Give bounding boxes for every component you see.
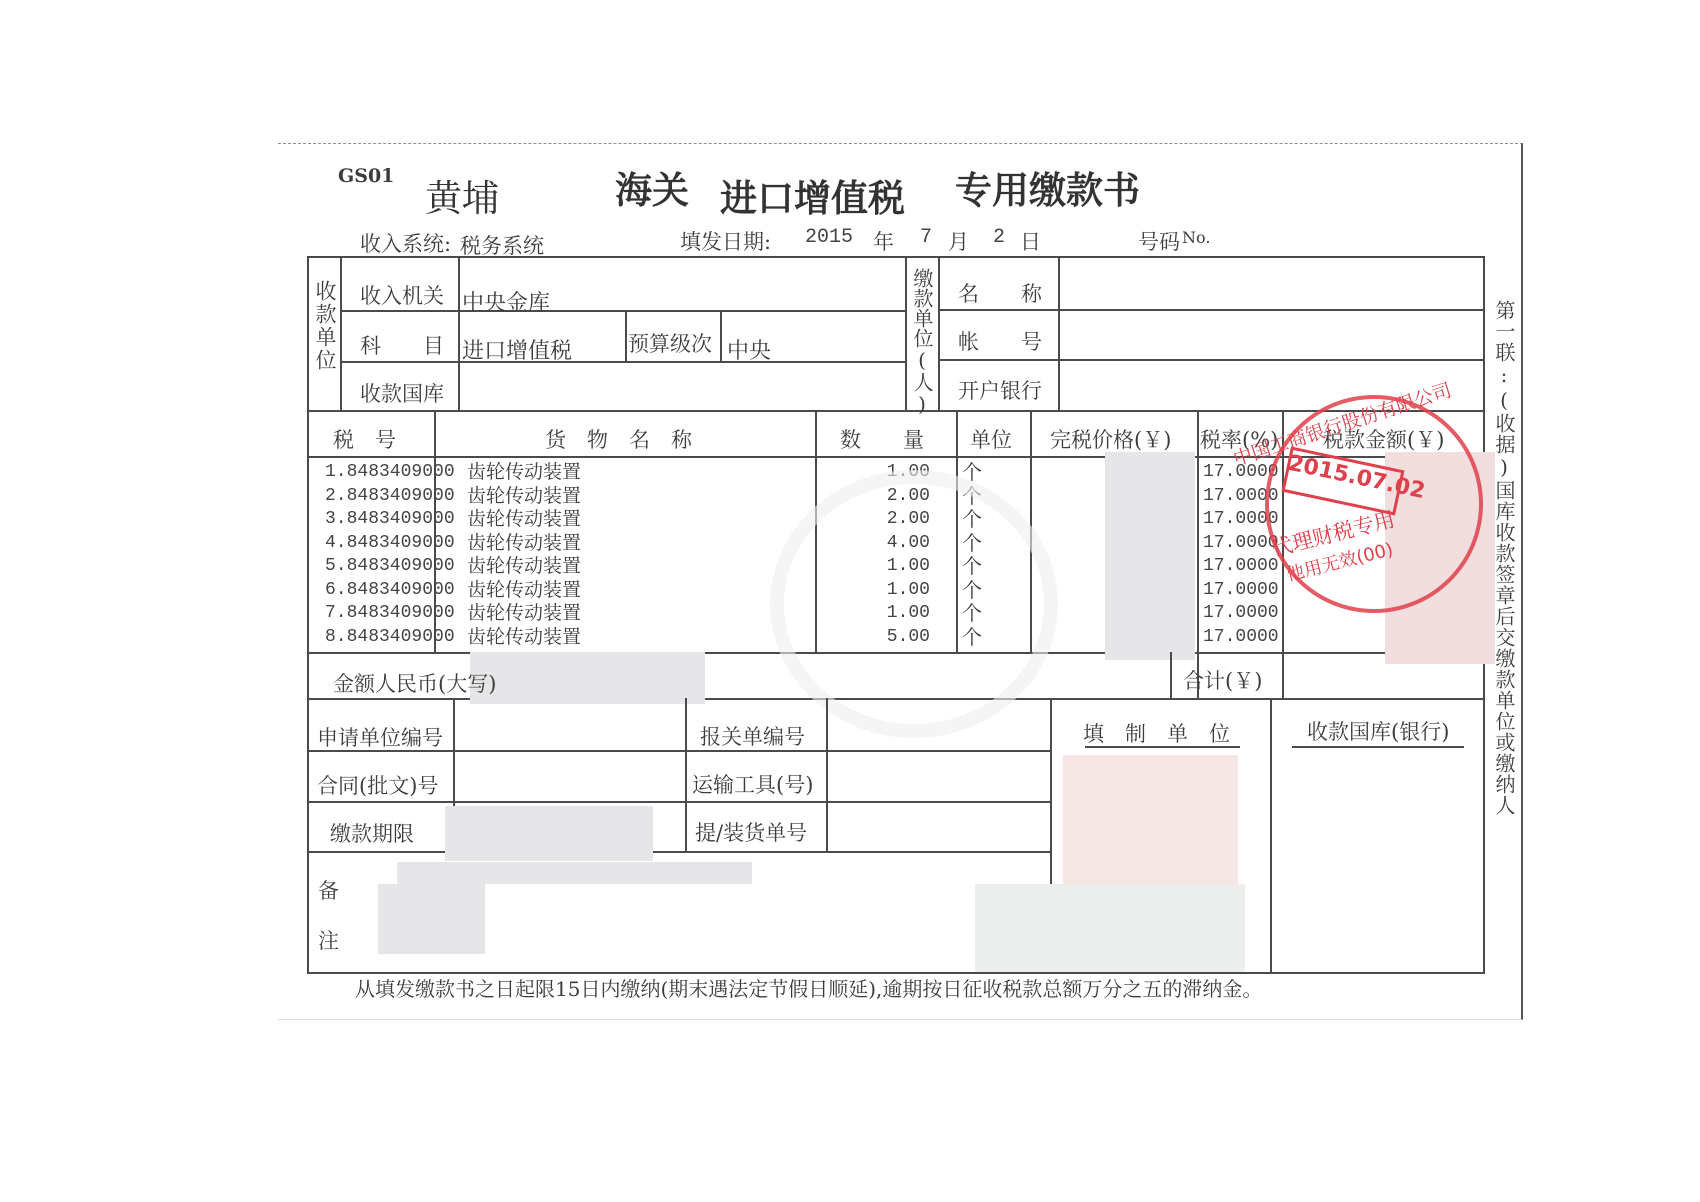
treasury-bank-label: 收款国库(银行) (1307, 716, 1449, 746)
divider (720, 310, 722, 361)
table-cell: 17.0000 (1203, 579, 1279, 603)
table-cell: 3.8483409000 (325, 508, 455, 532)
goods-name-column: 齿轮传动装置 齿轮传动装置 齿轮传动装置 齿轮传动装置 齿轮传动装置 齿轮传动装… (467, 461, 581, 649)
payer-account-label: 帐 号 (958, 326, 1042, 356)
table-border-left (307, 256, 309, 974)
income-system-label: 收入系统: (360, 228, 451, 258)
table-cell: 1.8483409000 (325, 461, 455, 485)
redacted-amount-in-words (470, 652, 705, 704)
table-cell: 4.8483409000 (325, 532, 455, 556)
divider (905, 256, 907, 411)
issue-month: 7 (920, 226, 932, 249)
divider (1270, 698, 1272, 974)
redacted-payment-deadline (445, 806, 653, 861)
header-unit: 单位 (970, 424, 1012, 454)
form-code: GS01 (338, 165, 394, 187)
table-cell: 齿轮传动装置 (467, 485, 581, 509)
divider (938, 256, 940, 411)
divider (307, 410, 1485, 412)
number-value: No. (1182, 228, 1210, 247)
table-cell: 5.8483409000 (325, 555, 455, 579)
remarks-label-1: 备 (318, 875, 339, 905)
table-cell: 7.8483409000 (325, 602, 455, 626)
treasury-label: 收款国库 (360, 378, 444, 408)
divider (340, 361, 905, 363)
header-dutiable-price: 完税价格(￥) (1050, 424, 1171, 454)
issue-date-label: 填发日期: (680, 226, 771, 256)
year-char: 年 (873, 226, 894, 256)
table-cell: 齿轮传动装置 (467, 555, 581, 579)
table-cell: 齿轮传动装置 (467, 626, 581, 650)
transport-label: 运输工具(号) (692, 769, 813, 799)
bill-of-lading-label: 提/装货单号 (695, 817, 807, 847)
divider (1170, 652, 1172, 700)
title-tax-type: 进口增值税 (720, 168, 905, 222)
budget-level-label: 预算级次 (628, 328, 712, 358)
table-cell: 齿轮传动装置 (467, 461, 581, 485)
subject-label: 科 目 (360, 330, 444, 360)
divider (458, 256, 460, 411)
divider (625, 310, 627, 361)
table-cell: 齿轮传动装置 (467, 532, 581, 556)
header-tax-number: 税 号 (333, 424, 396, 454)
title-doc-type: 专用缴款书 (955, 160, 1140, 214)
table-cell: 17.0000 (1203, 555, 1279, 579)
divider (340, 310, 905, 312)
payer-bank-label: 开户银行 (958, 375, 1042, 405)
watermark-emblem (770, 470, 1058, 738)
divider (307, 801, 1050, 803)
table-cell: 齿轮传动装置 (467, 602, 581, 626)
divider (340, 256, 342, 411)
amount-rmb-label: 金额人民币(大写) (333, 668, 496, 698)
customs-decl-no-label: 报关单编号 (700, 721, 805, 751)
subject-value: 进口增值税 (462, 334, 572, 365)
office-value: 中央金库 (462, 286, 550, 317)
budget-level-value: 中央 (727, 334, 771, 365)
copy-note: 第一联:(收据)国库收款签章后交缴款单位或缴纳人 (1490, 300, 1519, 816)
customs-name: 黄埔 (425, 168, 499, 222)
month-char: 月 (948, 226, 969, 256)
table-cell: 6.8483409000 (325, 579, 455, 603)
title-customs: 海关 (615, 160, 689, 214)
table-border-top (307, 256, 1485, 258)
applicant-no-label: 申请单位编号 (317, 722, 443, 752)
redacted-issuer-stamp (1063, 755, 1238, 885)
divider (1292, 746, 1464, 748)
redacted-remarks-right (975, 884, 1245, 972)
table-cell: 2.8483409000 (325, 485, 455, 509)
divider (1058, 256, 1060, 411)
redacted-remarks-line (397, 862, 752, 884)
divider (1197, 410, 1199, 700)
footer-note: 从填发缴款书之日起限15日内缴纳(期末遇法定节假日顺延),逾期按日征收税款总额万… (355, 973, 1262, 1002)
office-label: 收入机关 (360, 280, 444, 310)
receiver-section-label: 收款单位 (310, 280, 340, 372)
payer-name-label: 名 称 (958, 278, 1042, 308)
redacted-remarks-block (378, 884, 485, 954)
table-cell: 17.0000 (1203, 626, 1279, 650)
total-label: 合计(￥) (1183, 665, 1262, 695)
table-cell: 8.8483409000 (325, 626, 455, 650)
issue-year: 2015 (805, 226, 853, 249)
payer-section-label: 缴款单位(人) (908, 268, 937, 416)
number-label: 号码 (1138, 226, 1180, 256)
table-cell: 齿轮传动装置 (467, 508, 581, 532)
payment-deadline-label: 缴款期限 (330, 818, 414, 848)
remarks-label-2: 注 (318, 925, 339, 955)
tax-number-column: 1.8483409000 2.8483409000 3.8483409000 4… (325, 461, 455, 649)
divider (826, 698, 828, 853)
issuer-label: 填 制 单 位 (1083, 718, 1230, 748)
divider (938, 359, 1483, 361)
divider (307, 851, 1050, 853)
day-char: 日 (1020, 226, 1041, 256)
divider (685, 698, 687, 853)
header-goods-name: 货 物 名 称 (545, 424, 692, 454)
contract-no-label: 合同(批文)号 (317, 770, 438, 800)
redacted-dutiable-price (1105, 452, 1195, 660)
table-cell: 17.0000 (1203, 602, 1279, 626)
table-cell: 17.0000 (1203, 532, 1279, 556)
header-quantity: 数 量 (840, 424, 924, 454)
table-cell: 齿轮传动装置 (467, 579, 581, 603)
issue-day: 2 (993, 226, 1005, 249)
divider (938, 309, 1483, 311)
